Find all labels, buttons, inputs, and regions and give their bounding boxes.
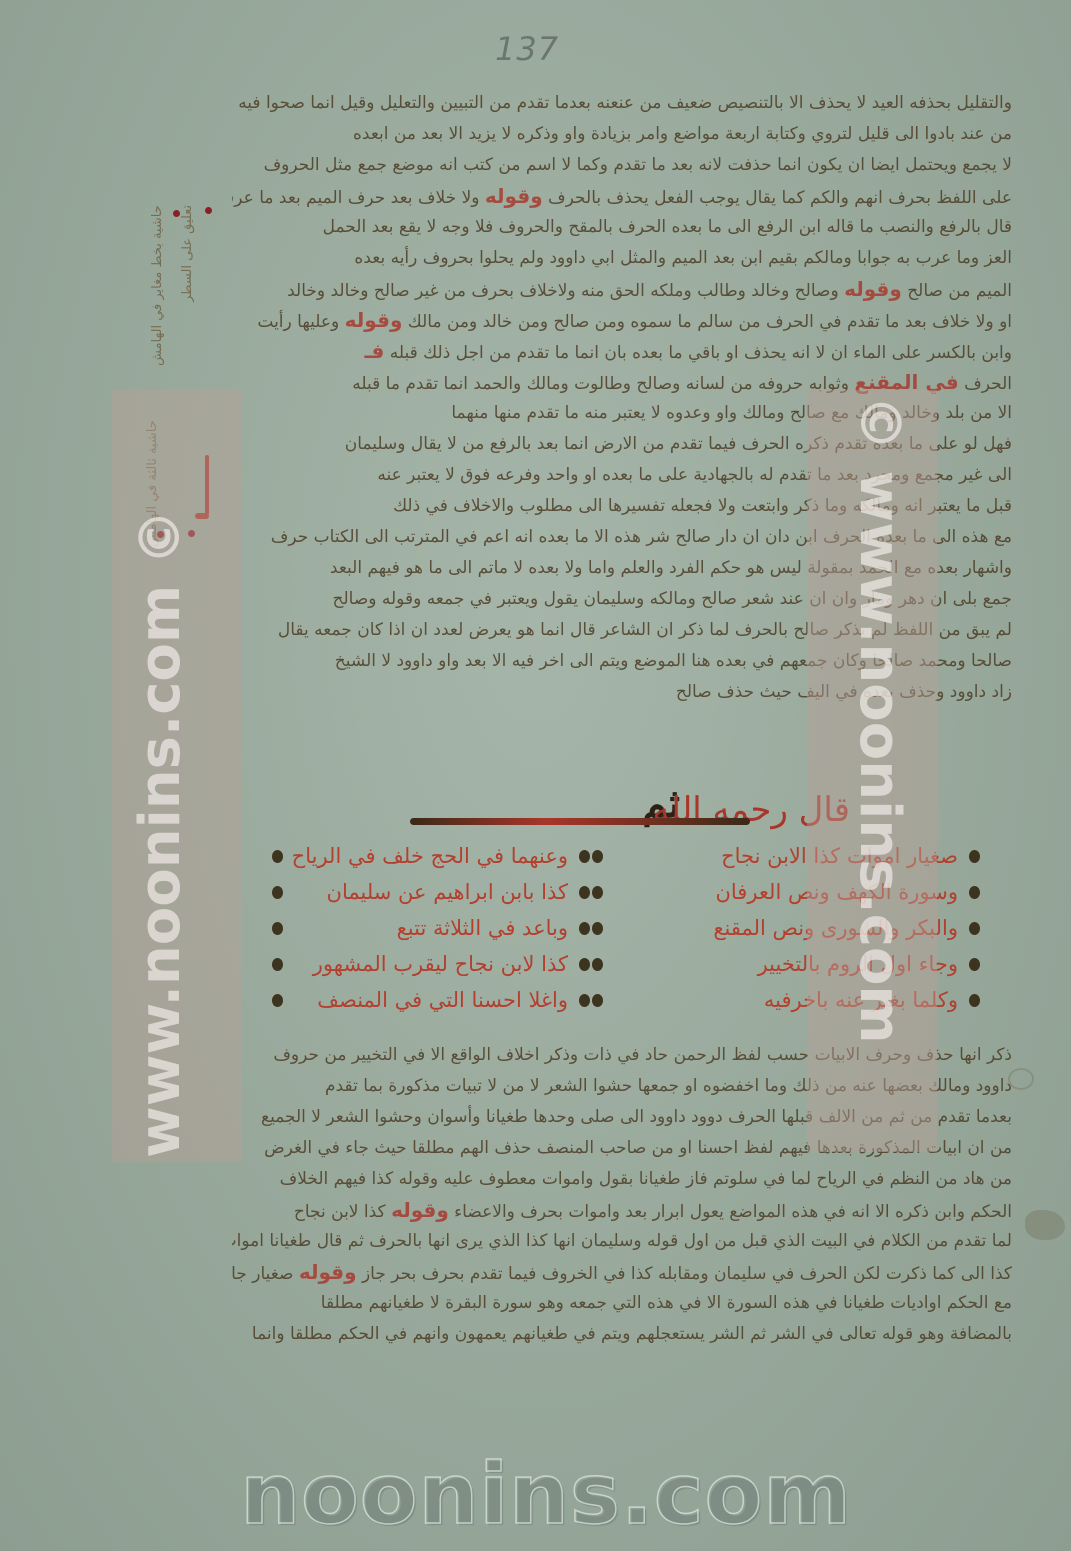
watermark-vertical-left: www.noonins.com © [128,509,193,1158]
rubric-word: وقوله [485,184,543,208]
heading-flourish [410,818,750,825]
verse-dot-icon [969,886,980,899]
watermark-vertical-right: © www.noonins.com [847,395,912,1044]
margin-note: تعليق على السطر [180,205,195,405]
verse-line: كذا بابن ابراهيم عن سليمان [300,874,590,910]
verse-dot-icon [969,922,980,935]
text-line: او ولا خلاف بعد ما تقدم في الحرف من سالم… [232,305,1012,336]
paper-stain [1008,1068,1034,1090]
verse-line: واغلا احسنا التي في المنصف [300,982,590,1018]
copyright-icon: © [847,395,912,451]
verse-line: وعنهما في الحج خلف في الرياح [300,838,590,874]
verse-dot-icon [272,958,283,971]
verse-dot-icon [592,886,603,899]
text-line: وابن بالكسر على الماء ان لا انه يحذف او … [232,336,1012,367]
verse-dot-icon [579,922,590,935]
text-line: كذا الى كما ذكرت لكن الحرف في سليمان ومق… [232,1257,1012,1288]
text-line: على اللفظ بحرف انهم والكم كما يقال يوجب … [232,181,1012,212]
verse-line: كذا لابن نجاح ليقرب المشهور [300,946,590,982]
paper-stain [1025,1210,1065,1240]
rubric-word: وقوله [391,1198,449,1222]
text-line: بالمضافة وهو قوله تعالى في الشر ثم الشر … [232,1319,1012,1350]
text-line: من هاد من النظم في الرياح لما في سلوتم ف… [232,1164,1012,1195]
verse-dot-icon [579,886,590,899]
margin-red-dot [205,207,212,214]
verse-dot-icon [592,958,603,971]
verse-dot-icon [592,922,603,935]
verse-dot-icon [579,958,590,971]
rubric-word: وقوله [844,277,902,301]
verse-dot-icon [272,922,283,935]
text-line: والتقليل بحذفه العيد لا يحذف الا بالتنصي… [232,88,1012,119]
manuscript-page: 137 حاشية بخط مغاير في الهامش تعليق على … [0,0,1071,1551]
text-line: لا يجمع ويحتمل ايضا ان يكون انما حذفت لا… [232,150,1012,181]
verse-dot-icon [272,994,283,1007]
text-line: قال بالرفع والنصب ما قاله ابن الرفع الى … [232,212,1012,243]
rubric-word: وقوله [299,1260,357,1284]
margin-red-dot [173,210,180,217]
text-line: من عند بادوا الى قليل لتروي وكتابة اربعة… [232,119,1012,150]
text-line: الحكم وابن ذكره الا انه في هذه المواضع ي… [232,1195,1012,1226]
watermark-bottom: noonins.com [236,1445,856,1543]
text-line: لما تقدم من الكلام في البيت الذي قبل من … [232,1226,1012,1257]
verse-dot-icon [272,886,283,899]
verse-dot-icon [579,994,590,1007]
text-line: مع الحكم اواديات طغيانا في هذه السورة ال… [232,1288,1012,1319]
copyright-icon: © [128,509,193,565]
verse-dot-icon [969,850,980,863]
verse-dot-icon [579,850,590,863]
text-line: العز وما عرب به جوابا ومالكم بقيم ابن بع… [232,243,1012,274]
verse-column-left: وعنهما في الحج خلف في الرياح كذا بابن اب… [300,838,590,1018]
verse-dot-icon [272,850,283,863]
verse-dot-icon [969,958,980,971]
verse-dot-icon [969,994,980,1007]
verse-dot-icon [592,850,603,863]
margin-note: حاشية بخط مغاير في الهامش [150,205,165,415]
folio-number: 137 [495,30,585,70]
rubric-word: وقوله [345,308,403,332]
text-line: الميم من صالح وقوله وصالح وخالد وطالب وم… [232,274,1012,305]
verse-dot-icon [592,994,603,1007]
rubric-word: فـ [364,339,384,363]
verse-line: وباعد في الثلاثة تتبع [300,910,590,946]
